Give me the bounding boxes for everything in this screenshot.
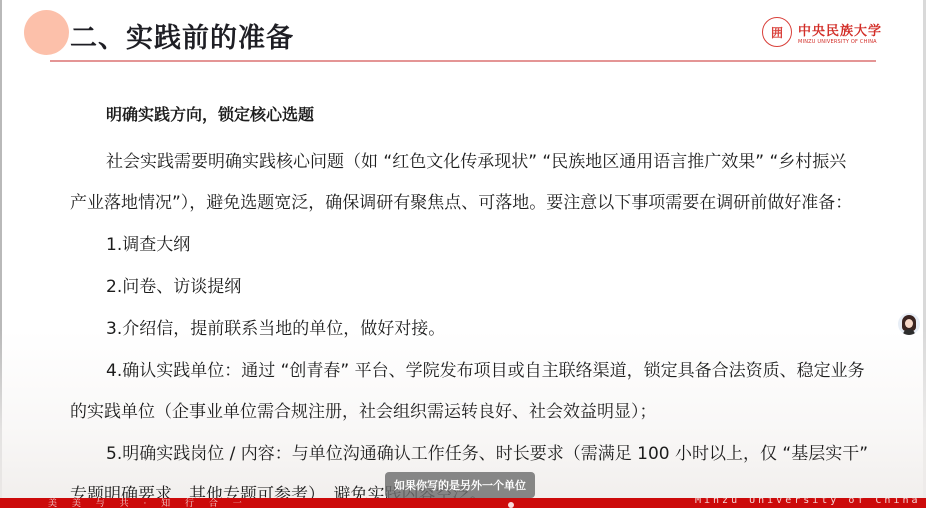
list-item-4-line-1: 4.确认实践单位：通过 “创青春” 平台、学院发布项目或自主联络渠道，锁定具备合… bbox=[106, 356, 865, 381]
list-item-4-line-2: 的实践单位（企事业单位需合规注册，社会组织需运转良好、社会效益明显）； bbox=[70, 397, 657, 422]
logo-text: 中央民族大学 MINZU UNIVERSITY OF CHINA bbox=[798, 20, 882, 45]
live-subtitle-caption: 如果你写的是另外一个单位 bbox=[385, 472, 535, 498]
list-item-2: 2.问卷、访谈提纲 bbox=[106, 272, 241, 297]
footer-dot-icon bbox=[508, 502, 514, 508]
footer-bar: 美 美 与 共 · 知 行 合 一 Minzu University of Ch… bbox=[0, 498, 926, 508]
slide-title: 二、实践前的准备 bbox=[70, 16, 294, 55]
logo-name-cn: 中央民族大学 bbox=[798, 20, 882, 39]
intro-paragraph-line-1: 社会实践需要明确实践核心问题（如 “红色文化传承现状” “民族地区通用语言推广效… bbox=[106, 147, 846, 172]
section-heading: 明确实践方向，锁定核心选题 bbox=[106, 102, 314, 125]
intro-paragraph-line-2: 产业落地情况”），避免选题宽泛，确保调研有聚焦点、可落地。要注意以下事项需要在调… bbox=[70, 188, 852, 213]
presenter-avatar-icon[interactable] bbox=[898, 313, 920, 335]
university-seal-icon: 囲 bbox=[762, 17, 792, 47]
footer-motto: 美 美 与 共 · 知 行 合 一 bbox=[48, 498, 248, 508]
list-item-1: 1.调查大纲 bbox=[106, 230, 190, 255]
footer-university-name: Minzu University of China bbox=[695, 498, 921, 506]
list-item-3: 3.介绍信，提前联系当地的单位，做好对接。 bbox=[106, 314, 445, 339]
list-item-5-line-1: 5.明确实践岗位 / 内容：与单位沟通确认工作任务、时长要求（需满足 100 小… bbox=[106, 439, 868, 464]
university-logo: 囲 中央民族大学 MINZU UNIVERSITY OF CHINA bbox=[762, 17, 882, 47]
logo-name-en: MINZU UNIVERSITY OF CHINA bbox=[798, 39, 877, 45]
title-accent-circle bbox=[24, 10, 69, 55]
title-divider bbox=[50, 60, 876, 62]
